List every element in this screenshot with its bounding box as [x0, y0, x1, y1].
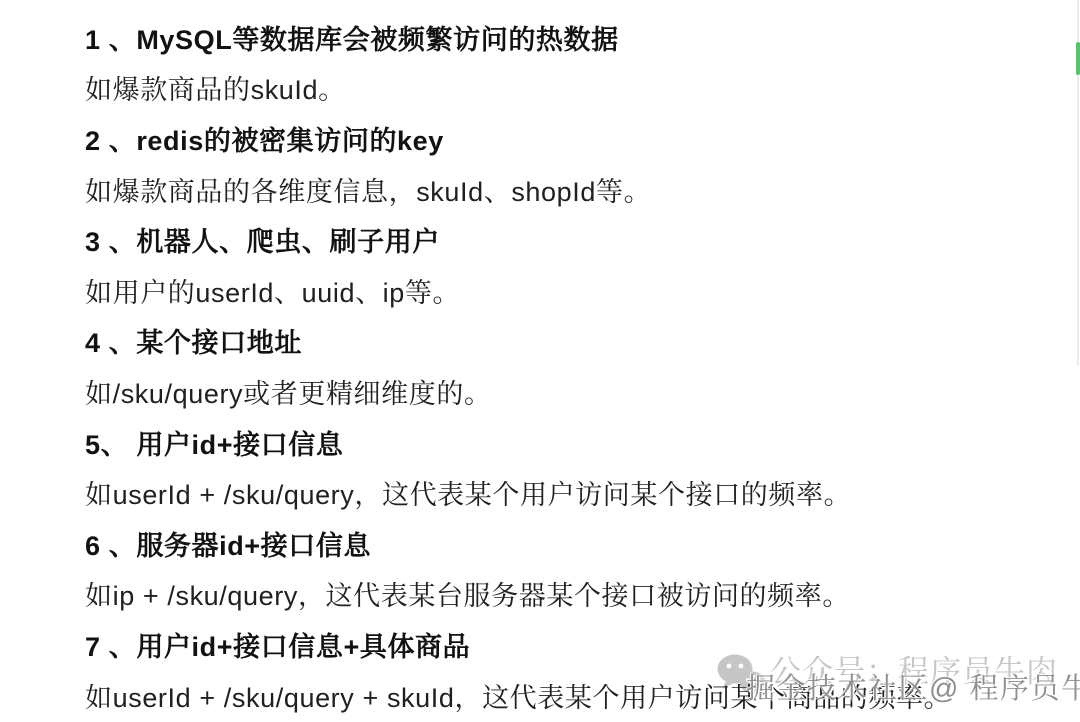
list-item-5-heading: 5、 用户id+接口信息 [85, 417, 951, 468]
list-item-5-body: 如userId + /sku/query，这代表某个用户访问某个接口的频率。 [85, 467, 951, 518]
list-item-4-body: 如/sku/query或者更精细维度的。 [85, 366, 951, 417]
list-item-1-heading: 1 、MySQL等数据库会被频繁访问的热数据 [85, 12, 951, 63]
list-item-6-heading: 6 、服务器id+接口信息 [85, 518, 951, 569]
list-item-2-body: 如爆款商品的各维度信息，skuId、shopId等。 [85, 164, 951, 215]
list-item-2-heading: 2 、redis的被密集访问的key [85, 113, 951, 164]
list-item-6-body: 如ip + /sku/query，这代表某台服务器某个接口被访问的频率。 [85, 569, 951, 620]
article-content: 1 、MySQL等数据库会被频繁访问的热数据 如爆款商品的skuId。 2 、r… [85, 12, 951, 720]
list-item-7-heading: 7 、用户id+接口信息+具体商品 [85, 619, 951, 670]
list-item-1-body: 如爆款商品的skuId。 [85, 63, 951, 114]
list-item-4-heading: 4 、某个接口地址 [85, 316, 951, 367]
scrollbar-thumb[interactable] [1076, 42, 1080, 75]
watermark-juejin-credit: 掘金技术社区@ 程序员牛肉 [746, 666, 1080, 707]
list-item-3-body: 如用户的userId、uuid、ip等。 [85, 265, 951, 316]
list-item-3-heading: 3 、机器人、爬虫、刷子用户 [85, 214, 951, 265]
article-page: { "document": { "items": [ { "heading": … [0, 0, 1080, 722]
